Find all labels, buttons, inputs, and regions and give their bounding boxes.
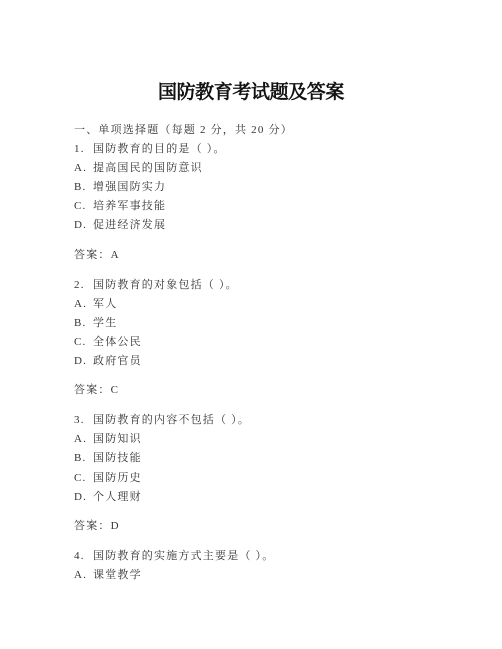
question-block: 2.国防教育的对象包括（ ）。 A.军人 B.学生 C.全体公民 D.政府官员 … bbox=[74, 276, 472, 401]
option-text: 增强国防实力 bbox=[93, 181, 166, 193]
option-line: D.个人理财 bbox=[74, 488, 472, 507]
option-label: A. bbox=[74, 159, 93, 178]
option-label: A. bbox=[74, 295, 93, 314]
option-text: 全体公民 bbox=[93, 336, 142, 348]
question-number: 4. bbox=[74, 547, 93, 566]
option-text: 个人理财 bbox=[93, 491, 142, 503]
question-number: 2. bbox=[74, 276, 93, 295]
option-text: 培养军事技能 bbox=[93, 200, 166, 212]
option-label: B. bbox=[74, 449, 93, 468]
option-line: A.军人 bbox=[74, 295, 472, 314]
question-line: 3.国防教育的内容不包括（ ）。 bbox=[74, 411, 472, 430]
option-label: A. bbox=[74, 430, 93, 449]
answer-text: 答案：A bbox=[74, 246, 472, 265]
option-line: B.学生 bbox=[74, 314, 472, 333]
question-block: 4.国防教育的实施方式主要是（ ）。 A.课堂教学 bbox=[74, 547, 472, 585]
question-text: 国防教育的目的是（ ）。 bbox=[93, 143, 226, 155]
option-label: B. bbox=[74, 178, 93, 197]
option-label: A. bbox=[74, 566, 93, 585]
option-label: C. bbox=[74, 333, 93, 352]
option-text: 国防知识 bbox=[93, 433, 142, 445]
question-number: 3. bbox=[74, 411, 93, 430]
page-title: 国防教育考试题及答案 bbox=[0, 77, 502, 104]
option-text: 国防历史 bbox=[93, 472, 142, 484]
question-block: 1.国防教育的目的是（ ）。 A.提高国民的国防意识 B.增强国防实力 C.培养… bbox=[74, 140, 472, 265]
option-text: 政府官员 bbox=[93, 355, 142, 367]
option-line: D.政府官员 bbox=[74, 352, 472, 371]
option-line: B.国防技能 bbox=[74, 449, 472, 468]
option-label: D. bbox=[74, 352, 93, 371]
option-label: B. bbox=[74, 314, 93, 333]
option-text: 提高国民的国防意识 bbox=[93, 162, 203, 174]
answer-text: 答案：D bbox=[74, 517, 472, 536]
option-line: C.培养军事技能 bbox=[74, 197, 472, 216]
option-line: A.课堂教学 bbox=[74, 566, 472, 585]
option-text: 课堂教学 bbox=[93, 569, 142, 581]
question-number: 1. bbox=[74, 140, 93, 159]
question-text: 国防教育的对象包括（ ）。 bbox=[93, 279, 238, 291]
option-line: C.全体公民 bbox=[74, 333, 472, 352]
section-heading: 一、单项选择题（每题 2 分，共 20 分） bbox=[74, 121, 472, 140]
option-text: 国防技能 bbox=[93, 452, 142, 464]
option-line: D.促进经济发展 bbox=[74, 216, 472, 235]
option-line: B.增强国防实力 bbox=[74, 178, 472, 197]
question-text: 国防教育的实施方式主要是（ ）。 bbox=[93, 550, 274, 562]
option-line: A.提高国民的国防意识 bbox=[74, 159, 472, 178]
option-line: C.国防历史 bbox=[74, 469, 472, 488]
option-label: C. bbox=[74, 469, 93, 488]
question-block: 3.国防教育的内容不包括（ ）。 A.国防知识 B.国防技能 C.国防历史 D.… bbox=[74, 411, 472, 536]
option-label: D. bbox=[74, 488, 93, 507]
option-text: 学生 bbox=[93, 317, 117, 329]
answer-text: 答案：C bbox=[74, 381, 472, 400]
question-line: 2.国防教育的对象包括（ ）。 bbox=[74, 276, 472, 295]
question-line: 4.国防教育的实施方式主要是（ ）。 bbox=[74, 547, 472, 566]
option-text: 军人 bbox=[93, 298, 117, 310]
option-label: D. bbox=[74, 216, 93, 235]
option-label: C. bbox=[74, 197, 93, 216]
question-line: 1.国防教育的目的是（ ）。 bbox=[74, 140, 472, 159]
document-page: 国防教育考试题及答案 一、单项选择题（每题 2 分，共 20 分） 1.国防教育… bbox=[0, 0, 502, 649]
question-text: 国防教育的内容不包括（ ）。 bbox=[93, 414, 250, 426]
option-line: A.国防知识 bbox=[74, 430, 472, 449]
document-body: 一、单项选择题（每题 2 分，共 20 分） 1.国防教育的目的是（ ）。 A.… bbox=[74, 121, 472, 585]
option-text: 促进经济发展 bbox=[93, 219, 166, 231]
